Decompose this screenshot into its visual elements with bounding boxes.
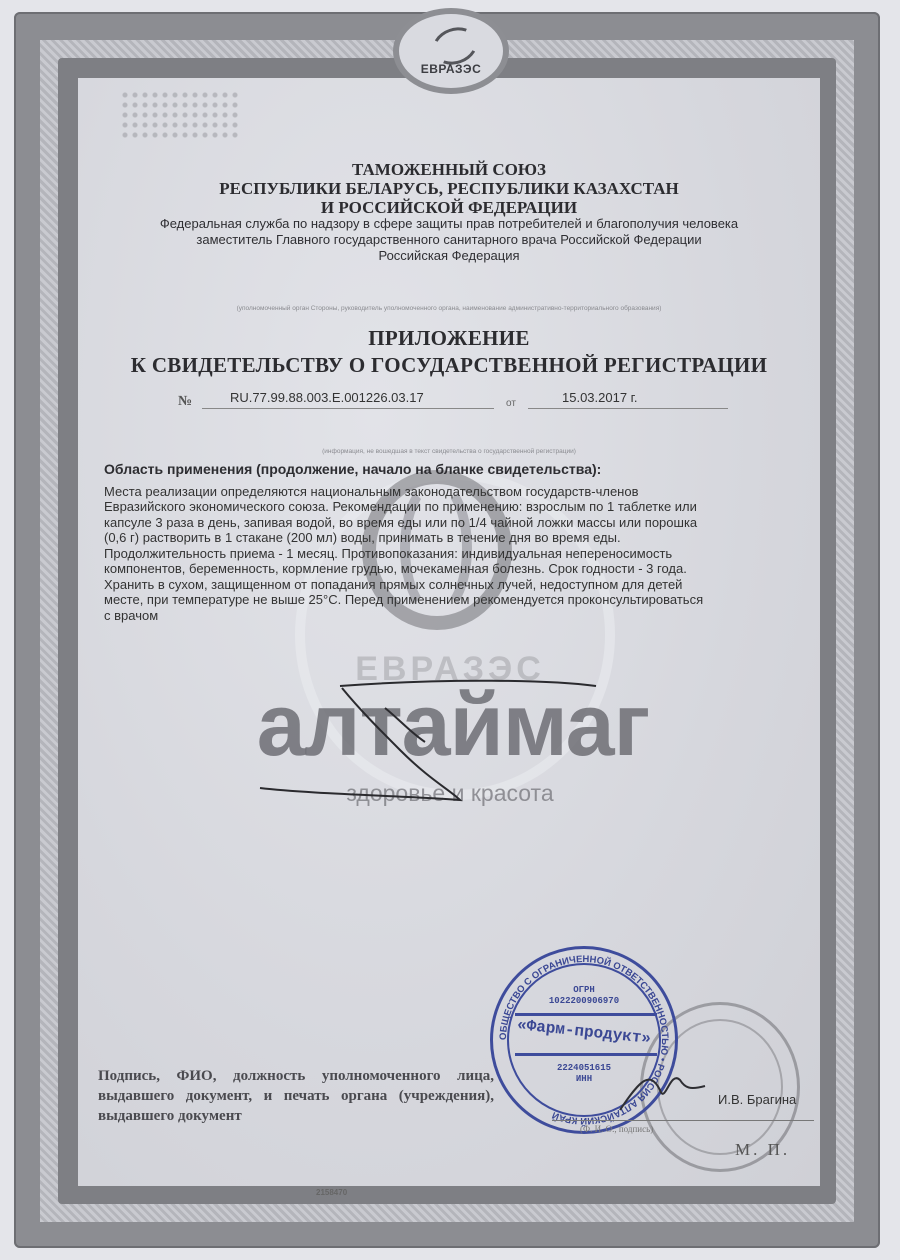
title-line: К СВИДЕТЕЛЬСТВУ О ГОСУДАРСТВЕННОЙ РЕГИСТ… — [78, 352, 820, 379]
signature-line — [552, 1120, 814, 1121]
underline — [202, 408, 494, 409]
union-line: И РОССИЙСКОЙ ФЕДЕРАЦИИ — [78, 198, 820, 217]
document-title: ПРИЛОЖЕНИЕ К СВИДЕТЕЛЬСТВУ О ГОСУДАРСТВЕ… — [78, 325, 820, 379]
authority-caption: (уполномоченный орган Стороны, руководит… — [78, 305, 820, 312]
from-label: от — [506, 398, 516, 409]
scope-line: Евразийского экономического союза. Реком… — [104, 499, 826, 515]
scope-line: компонентов, беременность, кормление гру… — [104, 561, 826, 577]
scope-heading: Область применения (продолжение, начало … — [104, 462, 826, 478]
underline — [528, 408, 728, 409]
union-line: РЕСПУБЛИКИ БЕЛАРУСЬ, РЕСПУБЛИКИ КАЗАХСТА… — [78, 179, 820, 198]
signature-label: Подпись, ФИО, должность уполномоченного … — [98, 1066, 494, 1126]
certificate-page: ЕВРАЗЭС ТАМОЖЕННЫЙ СОЮЗ РЕСПУБЛИКИ БЕЛАР… — [0, 0, 900, 1260]
title-line: ПРИЛОЖЕНИЕ — [78, 325, 820, 352]
authority-block: Федеральная служба по надзору в сфере за… — [78, 216, 820, 264]
authority-line: Федеральная служба по надзору в сфере за… — [78, 216, 820, 232]
scope-line: (0,6 г) растворить в 1 стакане (200 мл) … — [104, 530, 826, 546]
scope-line: с врачом — [104, 608, 826, 624]
signature-small — [610, 1060, 730, 1120]
registration-caption: (информация, не вошедшая в текст свидете… — [78, 448, 820, 455]
eurasec-emblem-icon: ЕВРАЗЭС — [393, 8, 509, 94]
registration-date: 15.03.2017 г. — [562, 390, 637, 405]
number-label: № — [178, 394, 192, 410]
authority-line: заместитель Главного государственного са… — [78, 232, 820, 248]
signature-large — [250, 670, 610, 810]
scope-line: Продолжительность приема - 1 месяц. Прот… — [104, 546, 826, 562]
registration-line: № RU.77.99.88.003.E.001226.03.17 от 15.0… — [178, 388, 738, 414]
union-line: ТАМОЖЕННЫЙ СОЮЗ — [78, 160, 820, 179]
registration-number: RU.77.99.88.003.E.001226.03.17 — [230, 390, 424, 405]
authority-line: Российская Федерация — [78, 248, 820, 264]
scope-line: капсуле 3 раза в день, запивая водой, во… — [104, 515, 826, 531]
security-pattern — [120, 90, 240, 138]
scope-line: Хранить в сухом, защищенном от попадания… — [104, 577, 826, 593]
seal-place-label: М. П. — [735, 1140, 790, 1160]
emblem-label: ЕВРАЗЭС — [399, 62, 503, 76]
scope-line: Места реализации определяются национальн… — [104, 484, 826, 500]
union-heading: ТАМОЖЕННЫЙ СОЮЗ РЕСПУБЛИКИ БЕЛАРУСЬ, РЕС… — [78, 160, 820, 217]
application-scope: Область применения (продолжение, начало … — [104, 462, 826, 623]
signer-caption: (Ф. И. О., подпись) — [580, 1124, 653, 1134]
signer-name: И.В. Брагина — [718, 1092, 796, 1107]
form-serial-number: 2158470 — [316, 1188, 347, 1197]
scope-line: месте, при температуре не выше 25°С. Пер… — [104, 592, 826, 608]
